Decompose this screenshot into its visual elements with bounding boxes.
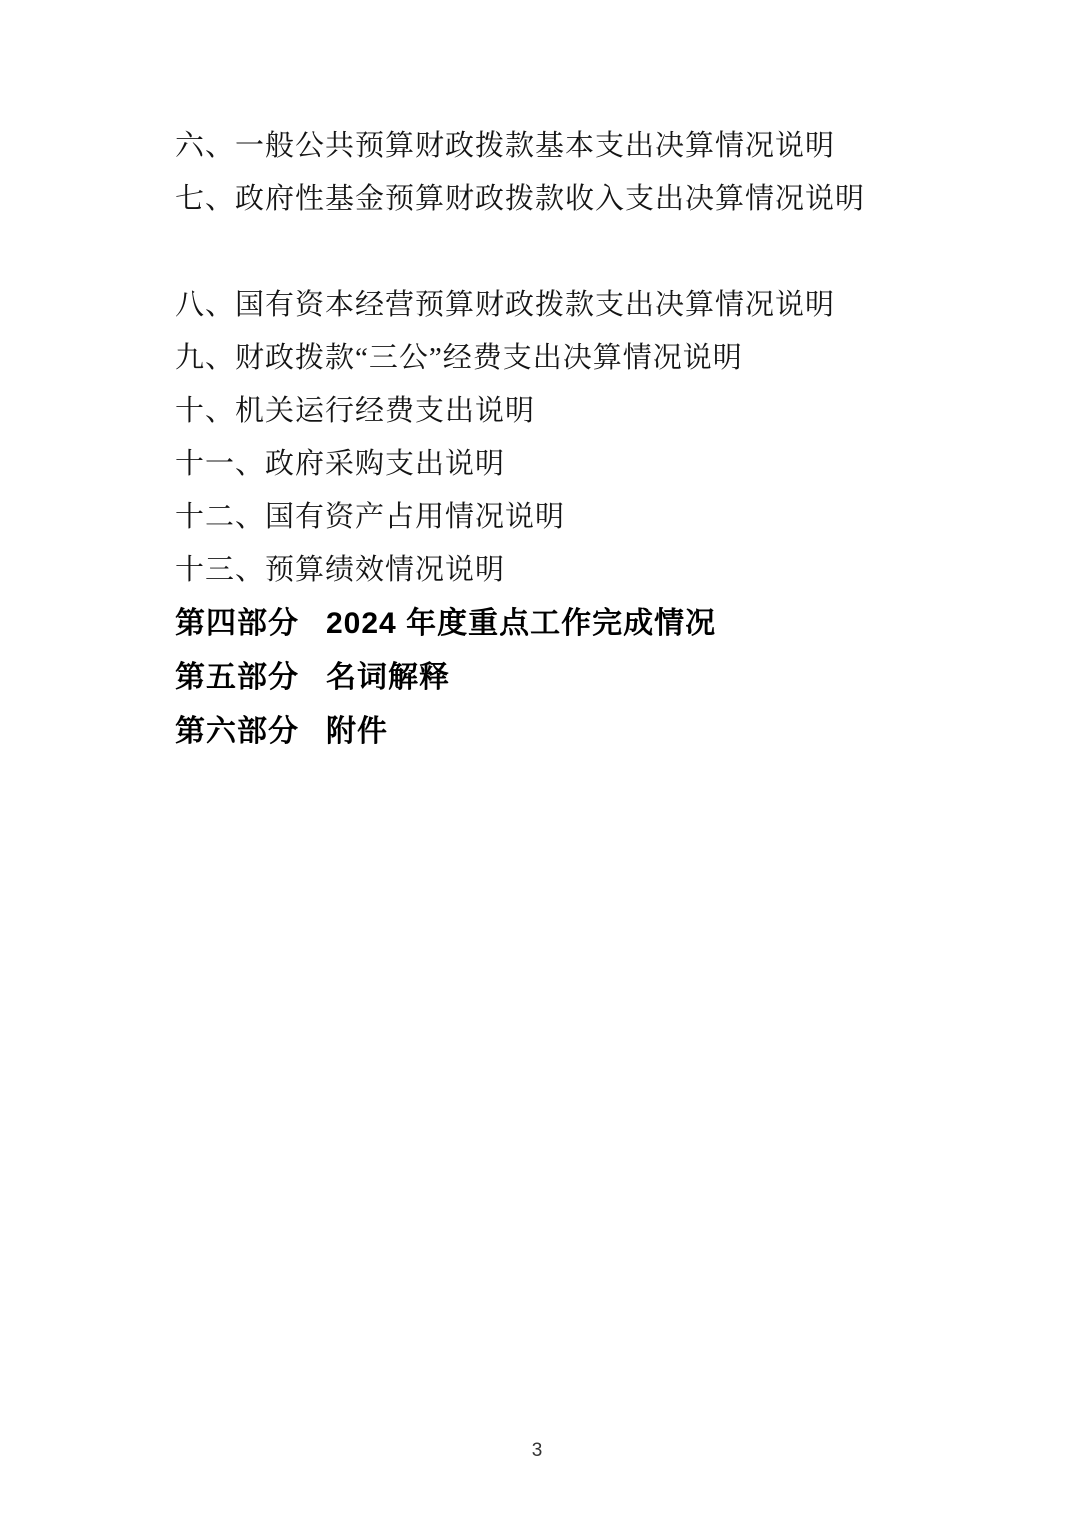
toc-item: 七、政府性基金预算财政拨款收入支出决算情况说明 <box>175 173 1014 226</box>
part-title: 名词解释 <box>326 661 450 694</box>
document-page: 六、一般公共预算财政拨款基本支出决算情况说明 七、政府性基金预算财政拨款收入支出… <box>0 0 1074 1520</box>
toc-part-6: 第六部分附件 <box>175 705 1014 759</box>
toc-item: 六、一般公共预算财政拨款基本支出决算情况说明 <box>175 120 1014 173</box>
part-label: 第六部分 <box>175 715 299 748</box>
page-footer: 3 <box>0 1440 1074 1462</box>
blank-line <box>175 226 1014 279</box>
toc-item: 十二、国有资产占用情况说明 <box>175 491 1014 544</box>
toc-item: 十一、政府采购支出说明 <box>175 438 1014 491</box>
part-title: 2024 年度重点工作完成情况 <box>326 607 716 640</box>
toc-part-4: 第四部分2024 年度重点工作完成情况 <box>175 597 1014 651</box>
toc-item: 十、机关运行经费支出说明 <box>175 385 1014 438</box>
part-title: 附件 <box>326 715 388 748</box>
page-number: 3 <box>532 1440 543 1461</box>
part-label: 第五部分 <box>175 661 299 694</box>
table-of-contents: 六、一般公共预算财政拨款基本支出决算情况说明 七、政府性基金预算财政拨款收入支出… <box>175 120 1014 759</box>
toc-item: 九、财政拨款“三公”经费支出决算情况说明 <box>175 332 1014 385</box>
toc-item: 八、国有资本经营预算财政拨款支出决算情况说明 <box>175 279 1014 332</box>
toc-part-5: 第五部分名词解释 <box>175 651 1014 705</box>
toc-item: 十三、预算绩效情况说明 <box>175 544 1014 597</box>
part-label: 第四部分 <box>175 607 299 640</box>
